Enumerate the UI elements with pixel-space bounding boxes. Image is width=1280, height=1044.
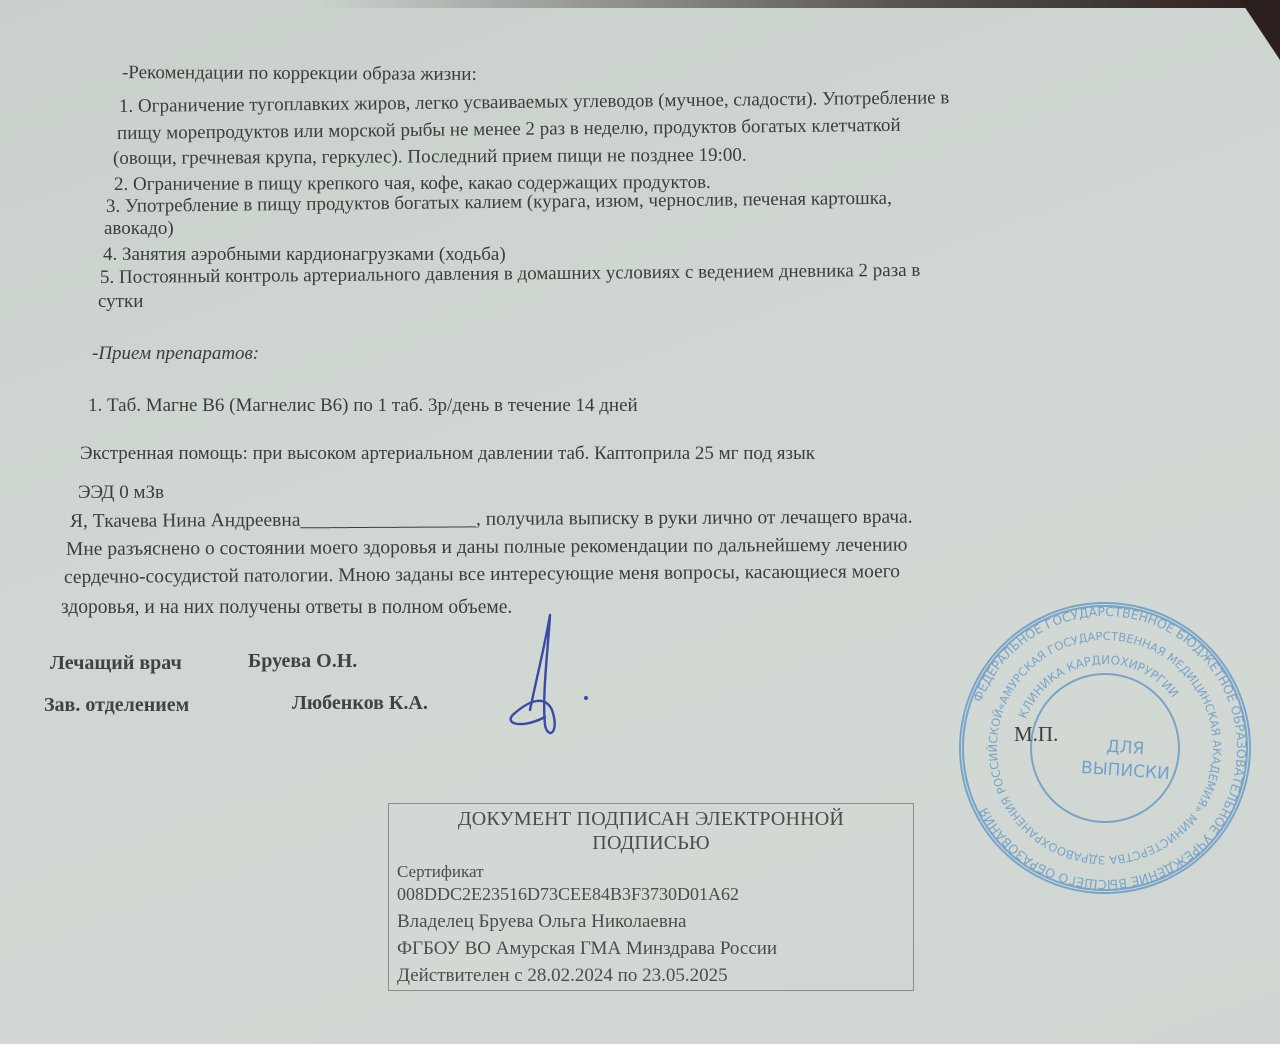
esign-title-line-2: ПОДПИСЬЮ: [389, 832, 913, 855]
esign-owner: Владелец Бруева Ольга Николаевна: [397, 911, 686, 933]
seal-placeholder: М.П.: [1014, 724, 1058, 745]
lifestyle-item-1-line-3: (овощи, гречневая крупа, геркулес). Посл…: [113, 146, 747, 168]
attending-doctor-name: Бруева О.Н.: [248, 651, 357, 671]
eed-dose: ЭЭД 0 мЗв: [78, 483, 164, 502]
esign-cert-label: Сертификат: [397, 862, 484, 882]
esign-title-line-1: ДОКУМЕНТ ПОДПИСАН ЭЛЕКТРОННОЙ: [389, 808, 913, 831]
esign-organization: ФГБОУ ВО Амурская ГМА Минздрава России: [397, 938, 777, 960]
svg-text:ФЕДЕРАЛЬНОЕ ГОСУДАРСТВЕННОЕ БЮ: ФЕДЕРАЛЬНОЕ ГОСУДАРСТВЕННОЕ БЮДЖЕТНОЕ ОБ…: [955, 598, 1255, 898]
department-head-label: Зав. отделением: [44, 695, 189, 715]
esign-validity: Действителен с 28.02.2024 по 23.05.2025: [397, 965, 728, 987]
medications-heading: -Прием препаратов:: [92, 344, 259, 363]
consent-line-2: Мне разъяснено о состоянии моего здоровь…: [66, 536, 907, 560]
esign-cert-number: 008DDC2E23516D73CEE84B3F3730D01A62: [397, 884, 739, 905]
electronic-signature-box: ДОКУМЕНТ ПОДПИСАН ЭЛЕКТРОННОЙ ПОДПИСЬЮ С…: [388, 803, 914, 991]
stamp-center-line-2: ВЫПИСКИ: [1080, 758, 1170, 784]
handwritten-signature: [490, 605, 610, 745]
svg-text:«АМУРСКАЯ ГОСУДАРСТВЕННАЯ МЕДИ: «АМУРСКАЯ ГОСУДАРСТВЕННАЯ МЕДИЦИНСКАЯ АК…: [955, 598, 1255, 898]
lifestyle-item-5-line-2: сутки: [98, 292, 143, 311]
stamp-center-line-1: ДЛЯ: [1106, 737, 1145, 760]
consent-line-1: Я, Ткачева Нина Андреевна_______________…: [70, 508, 913, 532]
consent-line-4: здоровья, и на них получены ответы в пол…: [61, 598, 512, 618]
stamp-outer-text: ФЕДЕРАЛЬНОЕ ГОСУДАРСТВЕННОЕ БЮДЖЕТНОЕ ОБ…: [955, 598, 1255, 898]
lifestyle-item-3-line-2: авокадо): [104, 219, 174, 238]
lifestyle-item-4: 4. Занятия аэробными кардионагрузками (х…: [103, 245, 506, 264]
background-edge: [320, 0, 1280, 8]
official-stamp: ФЕДЕРАЛЬНОЕ ГОСУДАРСТВЕННОЕ БЮДЖЕТНОЕ ОБ…: [955, 598, 1255, 898]
department-head-name: Любенков К.А.: [292, 693, 428, 713]
medication-item-1: 1. Таб. Магне В6 (Магнелис В6) по 1 таб.…: [88, 396, 638, 415]
emergency-help: Экстренная помощь: при высоком артериаль…: [80, 444, 815, 463]
attending-doctor-label: Лечащий врач: [50, 653, 182, 673]
stamp-middle-text: «АМУРСКАЯ ГОСУДАРСТВЕННАЯ МЕДИЦИНСКАЯ АК…: [955, 598, 1255, 898]
lifestyle-heading: -Рекомендации по коррекции образа жизни:: [122, 63, 477, 84]
